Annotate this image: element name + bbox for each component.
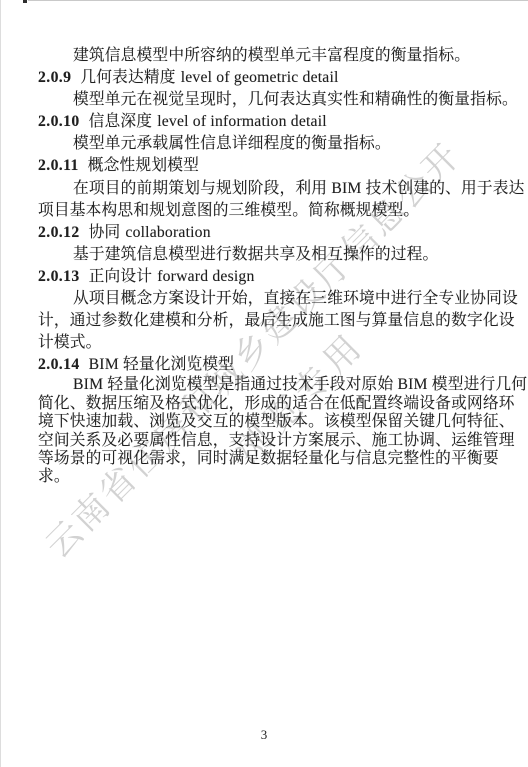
term-chinese: 正向设计 [89,268,153,285]
body-text-line: BIM 轻量化浏览模型是指通过技术手段对原始 BIM 模型进行几何 [38,376,518,394]
term-chinese: 概念性规划模型 [88,157,199,174]
clause-heading-line: 2.0.12协同collaboration [38,222,518,244]
clause-number: 2.0.13 [38,268,80,285]
clause-heading-line: 2.0.9几何表达精度level of geometric detail [38,67,518,89]
term-chinese: 信息深度 [89,113,153,130]
body-text-line: 计模式。 [38,332,518,354]
body-text-line: 求。 [38,468,518,486]
term-chinese: 协同 [89,224,121,241]
page-number: 3 [0,727,528,743]
clause-number: 2.0.9 [38,69,71,86]
document-content: 建筑信息模型中所容纳的模型单元丰富程度的衡量指标。2.0.9几何表达精度leve… [38,45,518,487]
clause-heading-line: 2.0.10信息深度level of information detail [38,111,518,133]
body-text-line: 计，通过参数化建模和分析，最后生成施工图与算量信息的数字化设 [38,310,518,332]
clause-number: 2.0.12 [38,224,80,241]
term-english: collaboration [125,224,210,241]
scan-edge-top-line [28,0,528,1]
body-text-line: 从项目概念方案设计开始，直接在三维环境中进行全专业协同设 [38,288,518,310]
clause-heading-line: 2.0.11概念性规划模型 [38,155,518,177]
clause-heading-line: 2.0.14BIM 轻量化浏览模型 [38,354,518,376]
body-text-line: 简化、数据压缩及格式优化，形成的适合在低配置终端设备或网络环 [38,395,518,413]
scan-edge-left-line [0,0,1,767]
body-text-line: 基于建筑信息模型进行数据共享及相互操作的过程。 [38,244,518,266]
term-chinese: 几何表达精度 [80,69,175,86]
scan-speck [23,0,27,3]
body-text-line: 在项目的前期策划与规划阶段，利用 BIM 技术创建的、用于表达 [38,178,518,200]
clause-number: 2.0.14 [38,356,80,373]
clause-number: 2.0.10 [38,113,80,130]
body-text-line: 模型单元在视觉呈现时，几何表达真实性和精确性的衡量指标。 [38,89,518,111]
term-english: level of information detail [157,113,327,130]
body-text-line: 项目基本构思和规划意图的三维模型。简称概规模型。 [38,200,518,222]
scanned-page: 云南省住房和城乡建设厅信息公开 浏览专用 建筑信息模型中所容纳的模型单元丰富程度… [0,0,528,767]
body-text-line: 空间关系及必要属性信息，支持设计方案展示、施工协调、运维管理 [38,432,518,450]
term-chinese: BIM 轻量化浏览模型 [89,356,235,373]
body-text-line: 建筑信息模型中所容纳的模型单元丰富程度的衡量指标。 [38,45,518,67]
term-english: forward design [157,268,254,285]
body-text-line: 模型单元承载属性信息详细程度的衡量指标。 [38,133,518,155]
clause-number: 2.0.11 [38,157,79,174]
term-english: level of geometric detail [181,69,339,86]
clause-heading-line: 2.0.13正向设计forward design [38,266,518,288]
body-text-line: 等场景的可视化需求，同时满足数据轻量化与信息完整性的平衡要 [38,450,518,468]
body-text-line: 境下快速加载、浏览及交互的模型版本。该模型保留关键几何特征、 [38,413,518,431]
